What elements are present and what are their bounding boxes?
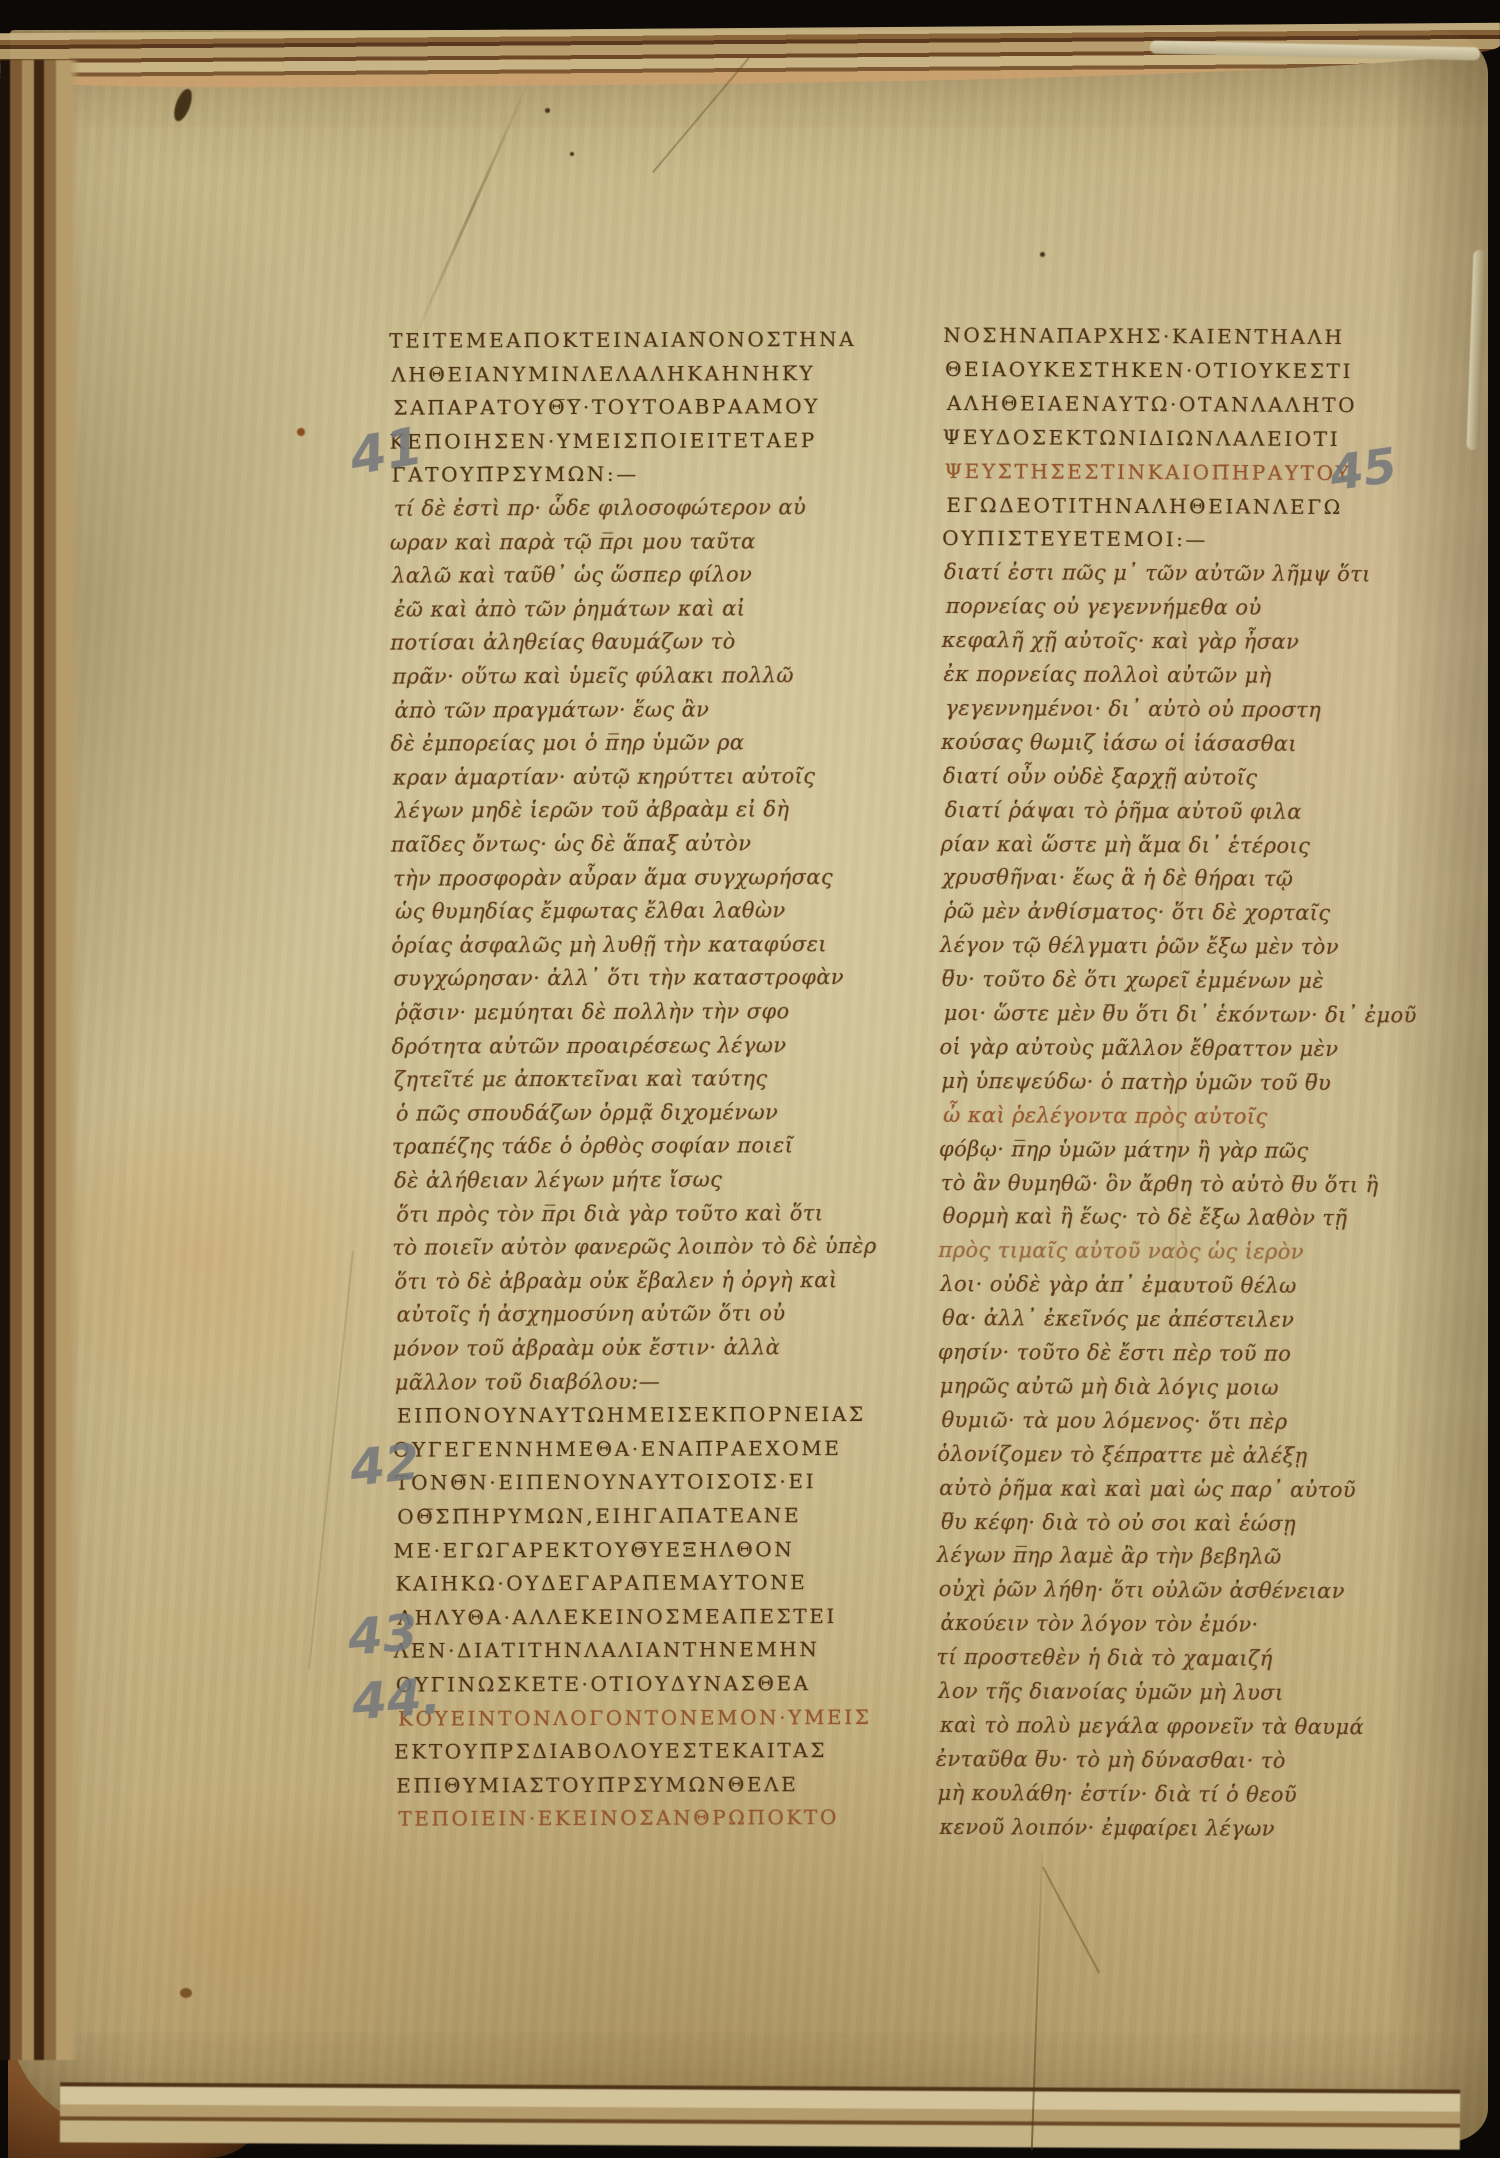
manuscript-line: ΣΑΠΑΡΑΤΟΥΘ̅Υ̅·ΤΟΥΤΟΑΒΡΑΑΜΟΥ [393,394,820,419]
manuscript-line: φησίν· τοῦτο δὲ ἔστι πὲρ τοῦ πο [938,1340,1291,1366]
manuscript-line: ἐκ πορνείας πολλοὶ αὐτῶν μὴ [943,662,1271,688]
manuscript-line: λοι· οὐδὲ γὰρ ἀπ᾽ ἐμαυτοῦ θέλω [940,1272,1296,1298]
pencil-verse-number-44: 44. [350,1667,442,1731]
manuscript-line: ΕΠΙΘΥΜΙΑΣΤΟΥΠ̅ΡΣΥΜΩΝΘΕΛΕ [396,1772,798,1797]
manuscript-line: ὅτι τὸ δὲ ἀβραὰμ οὐκ ἔβαλεν ἡ ὀργὴ καὶ [394,1268,837,1294]
manuscript-line: καὶ τὸ πολὺ μεγάλα φρονεῖν τὰ θαυμά [940,1713,1364,1739]
manuscript-line: ὁρίας ἀσφαλῶς μὴ λυθῇ τὴν καταφύσει [391,932,827,958]
manuscript-line: ρίαν καὶ ὥστε μὴ ἅμα δι᾽ ἑτέροις [941,831,1311,857]
manuscript-line: ἐνταῦθα θ̅υ· τὸ μὴ δύνασθαι· τὸ [936,1747,1286,1773]
pencil-verse-number-42: 42 [347,1433,422,1498]
manuscript-line: ΕΓΩΔΕΟΤΙΤΗΝΑΛΗΘΕΙΑΝΛΕΓΩ [946,492,1343,518]
manuscript-line: ἀπὸ τῶν πραγμάτων· ἕως ἂν [394,697,709,722]
manuscript-line: κούσας θωμιζ ἰάσω οἱ ἰάσασθαι [941,730,1297,756]
manuscript-line: ὁλονίζομεν τὸ ξέπραττε μὲ ἀλέξῃ [937,1442,1307,1468]
manuscript-line: παῖδες ὄντως· ὡς δὲ ἅπαξ αὐτὸν [391,831,751,856]
manuscript-line: λον τῆς διανοίας ὑμῶν μὴ λυσι [938,1679,1284,1705]
manuscript-line: ΓΑΤΟΥΠ̅ΡΣΥΜΩΝ:— [392,462,639,487]
manuscript-line: διατί οὖν οὐδὲ ξαρχῇ αὐτοῖς [943,764,1258,790]
manuscript-line: δρότητα αὐτῶν προαιρέσεως λέγων [392,1033,787,1058]
manuscript-line: γεγεννημένοι· δι᾽ αὐτὸ οὐ προστη [945,696,1321,722]
manuscript-line: ὁ πῶς σπουδάζων ὁρμᾷ διχομένων [396,1100,778,1125]
manuscript-line: μηρῶς αὐτῶ μὴ διὰ λόγις μοιω [940,1374,1279,1400]
underlying-page-bottom-edge [60,2082,1460,2149]
manuscript-line: μὴ κουλάθη· ἐστίν· διὰ τί ὁ θεοῦ [938,1781,1298,1807]
manuscript-line: οὐχὶ ῥῶν λήθη· ὅτι οὐλῶν ἀσθένειαν [939,1577,1345,1603]
manuscript-line: μὴ ὑπεψεύδω· ὁ πατὴρ ὑμῶν τοῦ θ̅υ [941,1069,1331,1095]
manuscript-line: λέγων π̅ηρ λαμὲ ἂρ τὴν βεβηλῶ [937,1543,1282,1569]
manuscript-line: ΕΙΠΟΝΟΥΝΑΥΤΩΗΜΕΙΣΕΚΠΟΡΝΕΙΑΣ [397,1402,866,1428]
manuscript-line: ΤΕΙΤΕΜΕΑΠΟΚΤΕΙΝΑΙΑΝ̅ΟΝΟΣΤΗΝΑ [389,327,856,353]
manuscript-line: τὸ ἂν θυμηθῶ· ὃν ἄρθη τὸ αὐτὸ θ̅υ ὅτι ἢ [941,1170,1371,1196]
manuscript-line: μᾶλλον τοῦ διαβόλου:— [395,1369,660,1394]
manuscript-line: θυμιῶ· τὰ μου λόμενος· ὅτι πὲρ [942,1408,1288,1434]
photo-background: ΤΕΙΤΕΜΕΑΠΟΚΤΕΙΝΑΙΑΝ̅ΟΝΟΣΤΗΝΑΛΗΘΕΙΑΝΥΜΙΝΛ… [0,0,1500,2158]
pencil-verse-number-45: 45 [1326,438,1400,503]
manuscript-line: μοι· ὥστε μὲν θ̅υ ὅτι δι᾽ ἑκόντων· δι᾽ ἐ… [944,1001,1374,1027]
manuscript-line: ΨΕΥΣΤΗΣΕΣΤΙΝΚΑΙΟΠ̅ΗΡΑΥΤΟΥ· [944,459,1360,485]
manuscript-line: ΚΕΠΟΙΗΣΕΝ·ΥΜΕΙΣΠΟΙΕΙΤΕΤΑΕΡ [390,428,817,453]
manuscript-line: θ̅υ κέφη· διὰ τὸ οὐ σοι καὶ ἑώσῃ [941,1509,1296,1535]
manuscript-line: ΤΟΝΘ̅Ν·ΕΙΠΕΝΟΥΝΑΥΤΟΙΣΟΙ̅Σ·ΕΙ [395,1470,816,1495]
manuscript-line: λαλῶ καὶ ταῦθ᾽ ὡς ὥσπερ φίλον [392,563,752,588]
manuscript-line: ἀκούειν τὸν λόγον τὸν ἐμόν· [940,1611,1258,1637]
manuscript-line: ποτίσαι ἀληθείας θαυμάζων τὸ [390,630,735,655]
manuscript-line: τραπέζης τάδε ὁ ὀρθὸς σοφίαν ποιεῖ [392,1134,793,1159]
manuscript-line: ωραν καὶ παρὰ τῷ π̅ρι μου ταῦτα [390,529,756,554]
manuscript-line: ζητεῖτέ με ἀποκτεῖναι καὶ ταύτης [394,1067,768,1092]
manuscript-line: αὐτὸ ῥῆμα καὶ καὶ μαὶ ὡς παρ᾽ αὐτοῦ [939,1476,1356,1502]
manuscript-line: ΚΟΥΕΙΝΤΟΝΛΟΓΟΝΤΟΝΕΜΟΝ·ΥΜΕΙΣ [398,1705,872,1731]
manuscript-line: θ̅υ· τοῦτο δὲ ὅτι χωρεῖ ἐμμένων μὲ [942,967,1324,993]
manuscript-line: ΚΑΙΗΚΩ·ΟΥΔΕΓΑΡΑΠΕΜΑΥΤΟΝΕ [395,1570,807,1595]
manuscript-line: τὸ ποιεῖν αὐτὸν φανερῶς λοιπὸν τὸ δὲ ὑπὲ… [392,1234,874,1260]
manuscript-line: ὡς θυμηδίας ἔμφωτας ἔλθαι λαθὼν [395,898,786,923]
manuscript-line: οἱ γὰρ αὐτοὺς μᾶλλον ἔθραττον μὲν [939,1035,1338,1061]
manuscript-line: λέγων μηδὲ ἱερῶν τοῦ ἀβραὰμ εἰ δὴ [395,798,790,823]
manuscript-line: ΛΗΛΥΘΑ·ΑΛΛΕΚΕΙΝΟΣΜΕΑΠΕΣΤΕΙ [398,1604,837,1630]
manuscript-line: λέγον τῷ θέλγματι ῥῶν ἔξω μὲν τὸν [940,933,1339,959]
manuscript-line: ΜΕ·ΕΓΩΓΑΡΕΚΤΟΥΘ̅ΥΕΞΗΛΘΟΝ [393,1537,794,1562]
manuscript-line: ΟΥΓΕΓΕΝΝΗΜΕΘΑ·ΕΝΑΠ̅ΡΑΕΧΟΜΕ [393,1436,842,1462]
manuscript-line: τὴν προσφορὰν αὖραν ἅμα συγχωρήσας [393,865,833,891]
manuscript-line: χρυσθῆναι· ἕως ἃ ἡ δὲ θήραι τῷ [942,865,1293,891]
manuscript-line: ΛΕΝ·ΔΙΑΤΙΤΗΝΛΑΛΙΑΝΤΗΝΕΜΗΝ [394,1638,820,1663]
manuscript-line: ῥᾷσιν· μεμύηται δὲ πολλὴν τὴν σφο [395,999,789,1024]
manuscript-line: ΨΕΥΔΟΣΕΚΤΩΝΙΔΙΩΝΛΑΛΕΙΟΤΙ [943,425,1341,451]
manuscript-line: πορνείας οὐ γεγεννήμεθα οὐ [946,594,1262,620]
manuscript-line: ΟΥΓΙΝΩΣΚΕΤΕ·ΟΤΙΟΥΔΥΝΑΣΘΕΑ [396,1671,811,1696]
manuscript-line: ΝΟΣΗΝΑΠΑΡΧΗΣ·ΚΑΙΕΝΤΗΑΛΗ [943,323,1344,349]
manuscript-line: θα· ἀλλ᾽ ἐκεῖνός με ἀπέστειλεν [942,1306,1294,1332]
manuscript-line: πρὸς τιμαῖς αὐτοῦ ναὸς ὡς ἱερὸν [938,1238,1304,1264]
manuscript-line: ΟΥΠΙΣΤΕΥΕΤΕΜΟΙ:— [942,526,1208,551]
manuscript-line: πρᾶν· οὕτω καὶ ὑμεῖς φύλακι πολλῶ [392,663,794,688]
manuscript-line: ῥῶ μὲν ἀνθίσματος· ὅτι δὲ χορταῖς [944,899,1330,925]
manuscript-line: θορμὴ καὶ ἢ ἕως· τὸ δὲ ἔξω λαθὸν τῇ [943,1204,1348,1230]
manuscript-line: διατί ἐστι πῶς μ᾽ τῶν αὐτῶν λῆμψ ὅτι [944,560,1371,586]
manuscript-line: ΟΘ̅ΣΠ̅ΗΡΥΜΩΝ,ΕΙΗΓΑΠΑΤΕΑΝΕ [397,1503,801,1528]
manuscript-line: ὦ καὶ ῥελέγοντα πρὸς αὐτοῖς [943,1103,1268,1129]
manuscript-line: κενοῦ λοιπόν· ἐμφαίρει λέγων [939,1815,1275,1841]
pencil-verse-number-41: 41 [345,416,427,488]
manuscript-line: ἐῶ καὶ ἀπὸ τῶν ῥημάτων καὶ αἰ [394,596,745,621]
manuscript-line: ΛΗΘΕΙΑΝΥΜΙΝΛΕΛΑΛΗΚΑΗΝΗΚ̅Υ [391,361,815,386]
pencil-verse-number-43: 43 [346,1604,419,1667]
manuscript-line: ΕΚΤΟΥΠ̅ΡΣΔΙΑΒΟΛΟΥΕΣΤΕΚΑΙΤΑΣ [394,1738,827,1764]
manuscript-line: φόβῳ· π̅ηρ ὑμῶν μάτην ἢ γὰρ πῶς [939,1137,1309,1163]
binding-gutter-edge [0,60,80,2060]
manuscript-line: μόνον τοῦ ἀβραὰμ οὐκ ἔστιν· ἀλλὰ [393,1335,780,1360]
manuscript-line: δὲ ἐμπορείας μοι ὁ π̅ηρ ὑμῶν ρα [391,731,745,756]
manuscript-line: δὲ ἀλήθειαν λέγων μήτε ἴσως [394,1167,722,1192]
manuscript-line: ΑΛΗΘΕΙΑΕΝΑΥΤΩ·ΟΤΑΝΛΑΛΗΤΟ [947,391,1357,417]
manuscript-line: αὐτοῖς ἡ ἀσχημοσύνη αὐτῶν ὅτι οὐ [397,1302,786,1327]
manuscript-line: κεφαλῆ χῇ αὐτοῖς· καὶ γὰρ ἦσαν [942,628,1300,654]
manuscript-line: διατί ῥάψαι τὸ ῥῆμα αὐτοῦ φιλα [945,798,1302,824]
manuscript-line: ΘΕΙΑΟΥΚΕΣΤΗΚΕΝ·ΟΤΙΟΥΚΕΣΤΙ [945,357,1353,383]
manuscript-line: τί δὲ ἐστὶ πρ· ὧδε φιλοσοφώτερον αὐ [394,495,807,520]
manuscript-line: τί προστεθὲν ἡ διὰ τὸ χαμαιζή [936,1645,1272,1671]
manuscript-line: ΤΕΠΟΙΕΙΝ·ΕΚΕΙΝΟΣΑΝΘΡΩΠΟΚΤΟ [398,1805,839,1831]
manuscript-line: συγχώρησαν· ἀλλ᾽ ὅτι τὴν καταστροφὰν [393,965,844,991]
manuscript-line: κραν ἁμαρτίαν· αὐτῷ κηρύττει αὐτοῖς [393,764,816,789]
manuscript-line: ὅτι πρὸς τὸν π̅ρι διὰ γὰρ τοῦτο καὶ ὅτι [396,1201,823,1226]
